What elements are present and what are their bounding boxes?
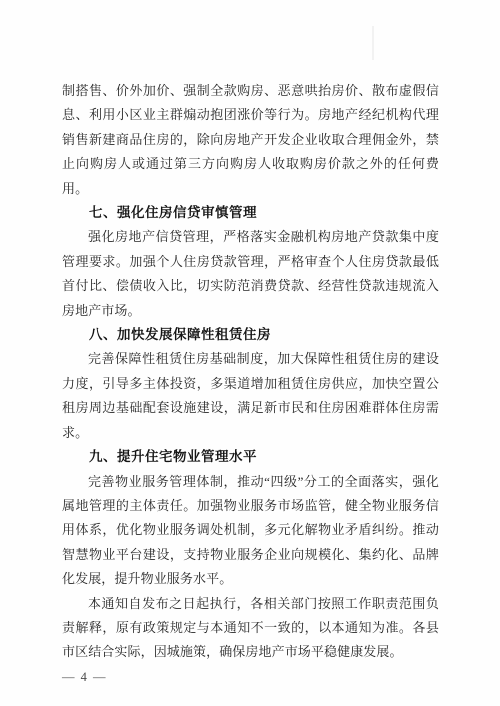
section-7-paragraph: 强化房地产信贷管理，严格落实金融机构房地产贷款集中度管理要求。加强个人住房贷款管… [62,225,439,323]
section-heading-9: 九、提升住宅物业管理水平 [62,445,439,469]
closing-paragraph: 本通知自发布之日起执行，各相关部门按照工作职责范围负责解释，原有政策规定与本通知… [62,592,439,665]
section-8-paragraph: 完善保障性租赁住房基础制度，加大保障性租赁住房的建设力度，引导多主体投资，多渠道… [62,347,439,445]
section-heading-7: 七、强化住房信贷审慎管理 [62,201,439,225]
section-heading-8: 八、加快发展保障性租赁住房 [62,323,439,347]
document-page: 制搭售、价外加价、强制全款购房、恶意哄抬房价、散布虚假信息、利用小区业主群煽动抱… [0,0,500,706]
page-number: — 4 — [62,665,439,689]
section-9-paragraph: 完善物业服务管理体制，推动“四级”分工的全面落实，强化属地管理的主体责任。加强物… [62,470,439,592]
document-body: 制搭售、价外加价、强制全款购房、恶意哄抬房价、散布虚假信息、利用小区业主群煽动抱… [0,0,500,706]
continuation-paragraph: 制搭售、价外加价、强制全款购房、恶意哄抬房价、散布虚假信息、利用小区业主群煽动抱… [62,79,439,201]
